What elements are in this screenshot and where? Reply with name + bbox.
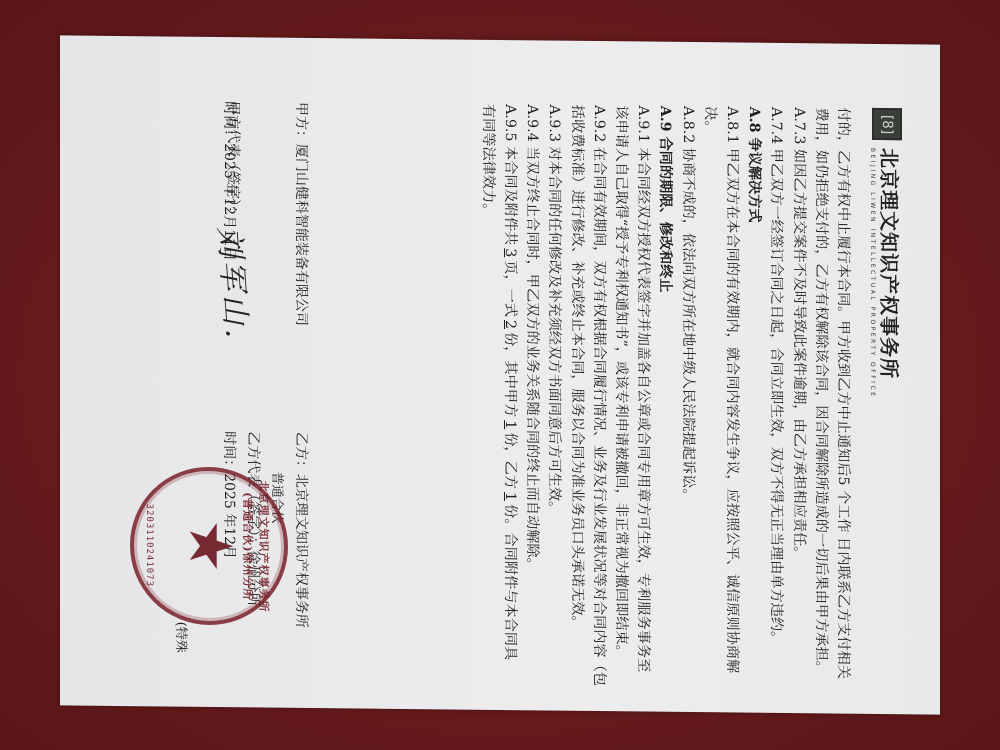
clause-line: 付的，乙方有权中止履行本合同。甲方收到乙方中止通知后5 个工作 日内联系乙方支付… (832, 107, 854, 673)
copy-count: 2 (502, 317, 518, 332)
seal-number: 3203110241073 (144, 470, 154, 620)
party-a: 甲方：厦门山健科智能装备有限公司 (288, 102, 312, 432)
clause-line: 该申请人自己取得“授予专利权通知书”，或该专利申请被撤回，非正常视为撤回即结束。 (610, 105, 632, 671)
party-b: 乙方：北京理文知识产权事务所 (288, 432, 312, 668)
party-a-copies: 1 (502, 417, 518, 432)
clause-a-9-5: A.9.5 本合同及附件共3页，一式2份，其中甲方1份，乙方1份。合同附件与本合… (499, 104, 521, 670)
handwritten-signature: 刘军山. (210, 225, 262, 343)
clause-a-8-1: A.8.1 甲乙双方在本合同的有效期内，就合同内容发生争议，应按照公平、诚信原则… (721, 106, 743, 672)
official-seal: 北京理文知识产权事务所(普通合伙)徐州分所 ★ 3203110241073 (130, 466, 288, 626)
contract-clauses: 付的，乙方有权中止履行本合同。甲方收到乙方中止通知后5 个工作 日内联系乙方支付… (477, 104, 854, 674)
clause-line: 有同等法律效力。 (477, 104, 499, 670)
clause-a-8-2: A.8.2 协商不成的，依法向双方所在地中级人民法院提起诉讼。 (676, 106, 698, 672)
special-note: (特殊 (173, 622, 192, 653)
clause-line: 决。 (699, 106, 721, 672)
clause-line: 括收费标准）进行修改、补充或终止本合同，服务以合同为准业务员口头承诺无效。 (565, 105, 587, 671)
clause-line: 费用，如仍拒绝支付的，乙方有权解除该合同，因合同解除所造成的一切后果由甲方承担。 (810, 107, 832, 673)
clause-a-9-2: A.9.2 在合同有效期间，双方有权根据合同履行情况、业务及行业发展状况等对合同… (588, 105, 610, 671)
party-b-copies: 1 (502, 489, 518, 504)
section-heading-a-8: A.8 争议解决方式 (743, 107, 765, 673)
clause-a-9-1: A.9.1 本合同经双方授权代表签字并加盖各自公章或合同专用章方可生效，专利服务… (632, 105, 654, 671)
clause-a-7-3: A.7.3 如因乙方提交案件不及时导致此案件逾期，由乙方承担相应责任。 (787, 107, 809, 673)
section-heading-a-9: A.9 合同的期限、修改和终止 (654, 106, 676, 672)
contract-page: [8] 北京理文知识产权事务所 BEIJING LIWEN INTELLECTU… (60, 35, 940, 714)
page-count: 3 (502, 245, 518, 260)
clause-a-7-4: A.7.4 甲乙双方一经签订合同之日起，合同立即生效，双方不得无正当理由单方违约… (765, 107, 787, 673)
clause-a-9-3: A.9.3 对本合同的任何修改及补充须经双方书面同意后方可生效。 (543, 104, 565, 670)
firm-name-cn: 北京理文知识产权事务所 (876, 148, 905, 399)
clause-a-9-4: A.9.4 当双方终止合同时，甲乙双方的业务关系随合同的终止而自动解除。 (521, 104, 543, 670)
firm-name-en: BEIJING LIWEN INTELLECTUAL PROPERTY OFFI… (869, 148, 876, 399)
party-a-representative: 甲方代表（签字）：刘军山. (240, 101, 264, 431)
letterhead: [8] 北京理文知识产权事务所 BEIJING LIWEN INTELLECTU… (866, 108, 908, 674)
firm-logo-icon: [8] (872, 108, 902, 140)
star-icon: ★ (180, 519, 240, 573)
